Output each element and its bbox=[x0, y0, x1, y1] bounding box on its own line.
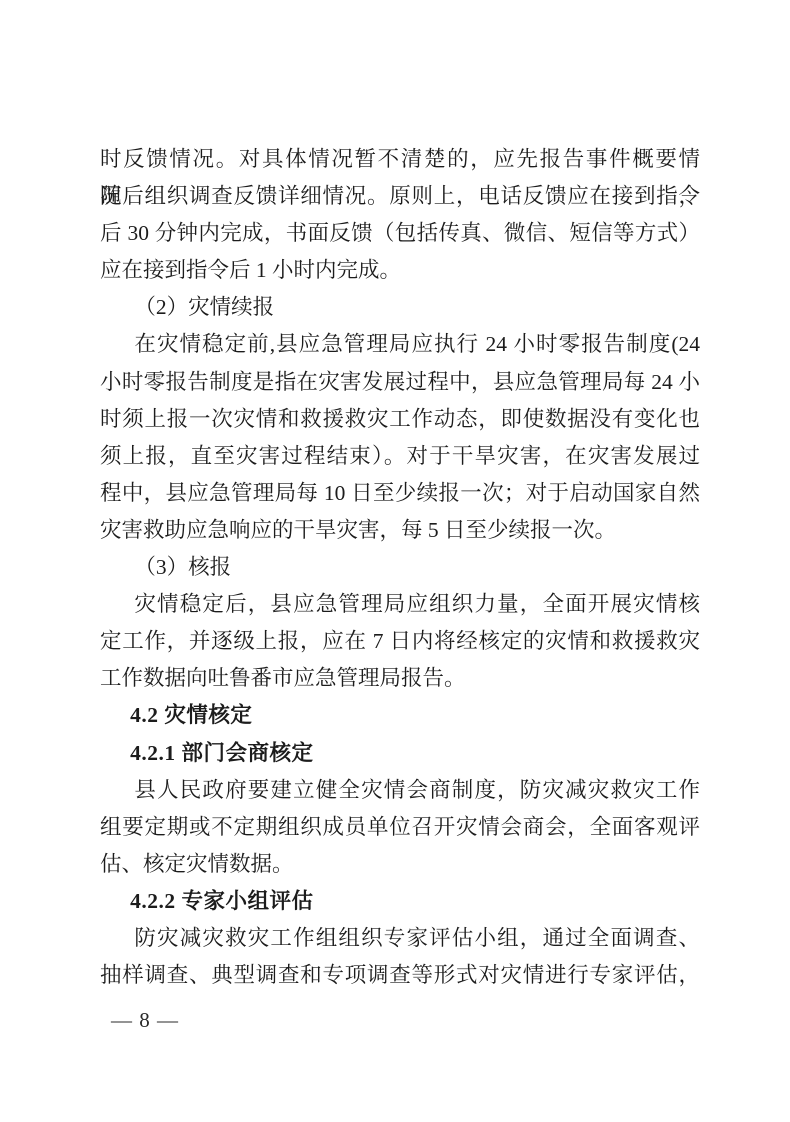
text-line: 抽样调查、典型调查和专项调查等形式对灾情进行专家评估， bbox=[100, 957, 700, 994]
section-heading: 4.2.1 部门会商核定 bbox=[100, 735, 700, 772]
text-line: 须上报，直至灾害过程结束）。对于干旱灾害，在灾害发展过 bbox=[100, 438, 700, 475]
text-line: 时反馈情况。对具体情况暂不清楚的，应先报告事件概要情况， bbox=[100, 141, 700, 178]
text-block: 时反馈情况。对具体情况暂不清楚的，应先报告事件概要情况，随后组织调查反馈详细情况… bbox=[100, 141, 700, 994]
section-heading: 4.2 灾情核定 bbox=[100, 697, 700, 734]
text-line: 在灾情稳定前,县应急管理局应执行 24 小时零报告制度(24 bbox=[100, 326, 700, 363]
text-line: 灾害救助应急响应的干旱灾害，每 5 日至少续报一次。 bbox=[100, 512, 700, 549]
text-line: 工作数据向吐鲁番市应急管理局报告。 bbox=[100, 660, 700, 697]
section-heading: 4.2.2 专家小组评估 bbox=[100, 883, 700, 920]
text-line: 组要定期或不定期组织成员单位召开灾情会商会，全面客观评 bbox=[100, 809, 700, 846]
text-line: 时须上报一次灾情和救援救灾工作动态，即使数据没有变化也 bbox=[100, 401, 700, 438]
text-line: 灾情稳定后，县应急管理局应组织力量，全面开展灾情核 bbox=[100, 586, 700, 623]
text-line: （2）灾情续报 bbox=[100, 289, 700, 326]
text-line: 县人民政府要建立健全灾情会商制度，防灾减灾救灾工作 bbox=[100, 772, 700, 809]
page-number: — 8 — bbox=[111, 1006, 179, 1034]
text-line: 小时零报告制度是指在灾害发展过程中，县应急管理局每 24 小 bbox=[100, 364, 700, 401]
text-line: 定工作，并逐级上报，应在 7 日内将经核定的灾情和救援救灾 bbox=[100, 623, 700, 660]
text-line: 随后组织调查反馈详细情况。原则上，电话反馈应在接到指令 bbox=[100, 178, 700, 215]
text-line: 防灾减灾救灾工作组组织专家评估小组，通过全面调查、 bbox=[100, 920, 700, 957]
text-line: （3）核报 bbox=[100, 549, 700, 586]
text-line: 估、核定灾情数据。 bbox=[100, 846, 700, 883]
text-line: 应在接到指令后 1 小时内完成。 bbox=[100, 252, 700, 289]
text-line: 程中，县应急管理局每 10 日至少续报一次；对于启动国家自然 bbox=[100, 475, 700, 512]
document-page: 时反馈情况。对具体情况暂不清楚的，应先报告事件概要情况，随后组织调查反馈详细情况… bbox=[0, 0, 790, 1122]
text-line: 后 30 分钟内完成，书面反馈（包括传真、微信、短信等方式） bbox=[100, 215, 700, 252]
